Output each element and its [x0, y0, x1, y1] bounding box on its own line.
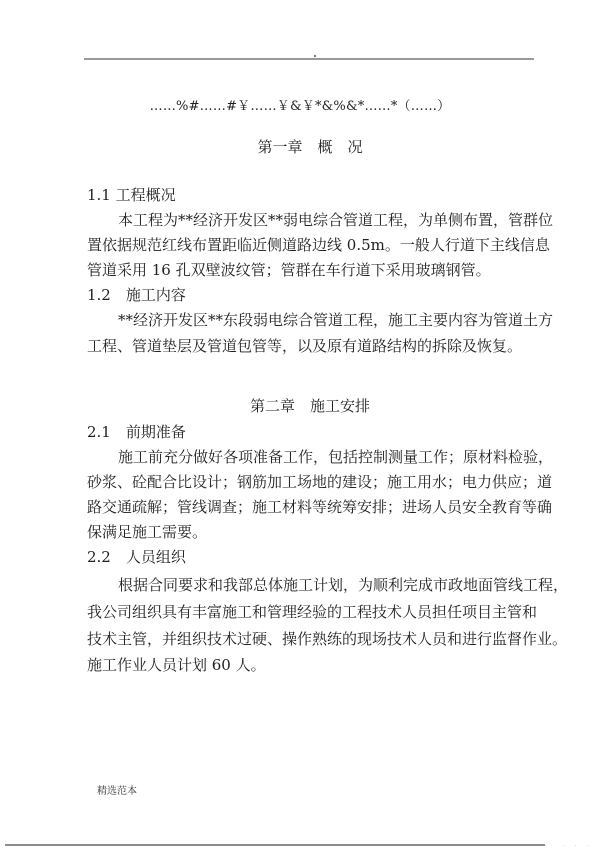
header-dot: [314, 55, 316, 57]
paragraph-line: 置依据规范红线布置距临近侧道路边线 0.5m。一般人行道下主线信息: [87, 235, 531, 255]
paragraph-line: 施工前充分做好各项准备工作，包括控制测量工作；原材料检验，: [118, 447, 531, 467]
paragraph-line: 本工程为**经济开发区**弱电综合管道工程，为单侧布置，管群位: [118, 210, 531, 230]
paragraph-line: 施工作业人员计划 60 人。: [87, 655, 266, 675]
section-1-2-heading: 1.2 施工内容: [87, 285, 186, 305]
paragraph-line: 技术主管，并组织技术过硬、操作熟练的现场技术人员和进行监督作业。: [87, 629, 531, 649]
paragraph-line: **经济开发区**东段弱电综合管道工程，施工主要内容为管道土方: [118, 310, 531, 330]
footer-rule: [5, 844, 545, 846]
paragraph-line: 砂浆、砼配合比设计；钢筋加工场地的建设；施工用水；电力供应；道: [87, 472, 531, 492]
footer-dots: ·· · · · · ·: [545, 843, 600, 851]
garbled-title: ……%#……#￥……￥&￥*&%&*……*（……）: [0, 95, 600, 114]
chapter-2-title: 第二章 施工安排: [0, 395, 600, 416]
paragraph-line: 管道采用 16 孔双壁波纹管；管群在车行道下采用玻璃钢管。: [87, 260, 491, 280]
section-2-2-heading: 2.2 人员组织: [87, 547, 186, 567]
chapter-1-title: 第一章 概 况: [0, 136, 600, 157]
header-rule: [84, 58, 534, 60]
paragraph-line: 路交通疏解；管线调查；施工材料等统筹安排；进场人员安全教育等确: [87, 497, 531, 517]
footer-label: 精选范本: [97, 782, 137, 797]
paragraph-line: 工程、管道垫层及管道包管等，以及原有道路结构的拆除及恢复。: [87, 336, 522, 356]
section-1-1-heading: 1.1 工程概况: [87, 185, 176, 205]
section-2-1-heading: 2.1 前期准备: [87, 422, 186, 442]
paragraph-line: 我公司组织具有丰富施工和管理经验的工程技术人员担任项目主管和: [87, 602, 531, 622]
paragraph-line: 保满足施工需要。: [87, 522, 207, 542]
paragraph-line: 根据合同要求和我部总体施工计划，为顺利完成市政地面管线工程，: [118, 575, 531, 595]
